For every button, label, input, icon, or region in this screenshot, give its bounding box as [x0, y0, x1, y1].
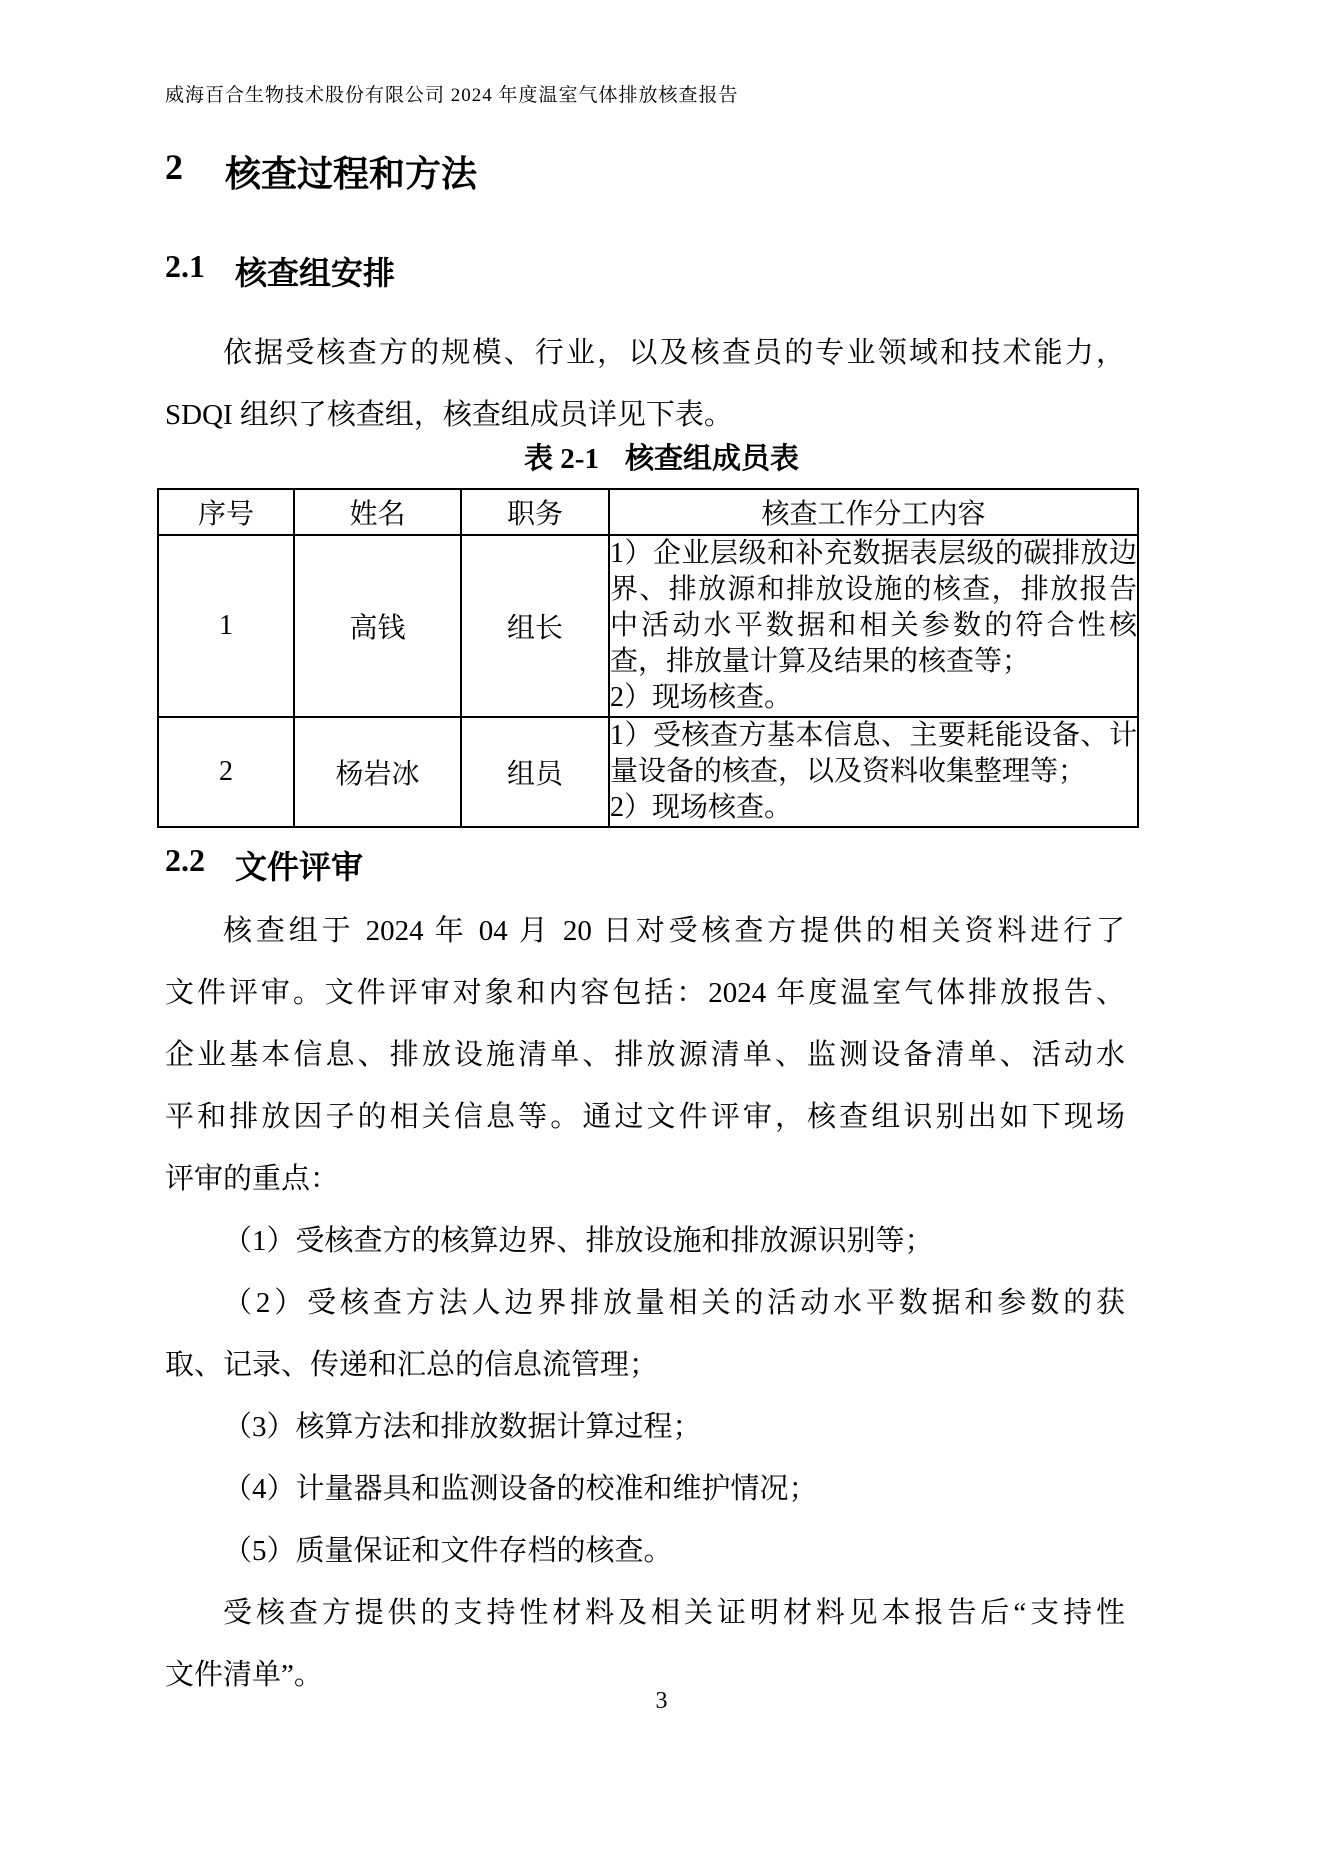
duty-item-2: 2）现场核查。: [610, 790, 1137, 826]
para-line: 核查组于 2024 年 04 月 20 日对受核查方提供的相关资料进行了: [165, 900, 1125, 962]
section-heading-2-1: 2.1 核查组安排: [165, 248, 395, 294]
cell-role: 组长: [461, 535, 609, 717]
para-line: 评审的重点：: [165, 1148, 1125, 1210]
table-caption-label: 表 2-1: [524, 443, 599, 475]
table-caption-title: 核查组成员表: [625, 443, 799, 475]
table-row: 1 高钱 组长 1）企业层级和补充数据表层级的碳排放边界、排放源和排放设施的核查…: [158, 535, 1138, 717]
para-line: 企业基本信息、排放设施清单、排放源清单、监测设备清单、活动水: [165, 1024, 1125, 1086]
col-header-role: 职务: [461, 489, 609, 535]
document-review-section-body: 核查组于 2024 年 04 月 20 日对受核查方提供的相关资料进行了 文件评…: [165, 900, 1125, 1706]
cell-name: 杨岩冰: [294, 717, 461, 827]
duty-item-1: 1）企业层级和补充数据表层级的碳排放边界、排放源和排放设施的核查，排放报告中活动…: [610, 536, 1137, 680]
col-header-no: 序号: [158, 489, 294, 535]
cell-role: 组员: [461, 717, 609, 827]
section-number: 2: [165, 146, 183, 197]
document-page: 威海百合生物技术股份有限公司 2024 年度温室气体排放核查报告 2 核查过程和…: [0, 0, 1323, 1871]
cell-name: 高钱: [294, 535, 461, 717]
cell-no: 1: [158, 535, 294, 717]
list-item-1: （1）受核查方的核算边界、排放设施和排放源识别等；: [165, 1210, 1125, 1272]
cell-duty: 1）受核查方基本信息、主要耗能设备、计量设备的核查，以及资料收集整理等； 2）现…: [609, 717, 1138, 827]
section-heading-2: 2 核查过程和方法: [165, 146, 477, 197]
running-header: 威海百合生物技术股份有限公司 2024 年度温室气体排放核查报告: [165, 80, 1165, 107]
list-item-2: （2）受核查方法人边界排放量相关的活动水平数据和参数的获: [165, 1272, 1125, 1334]
list-item-2-cont: 取、记录、传递和汇总的信息流管理；: [165, 1334, 1125, 1396]
paragraph-team-arrangement: 依据受核查方的规模、行业，以及核查员的专业领域和技术能力， SDQI 组织了核查…: [165, 322, 1125, 446]
list-item-3: （3）核算方法和排放数据计算过程；: [165, 1396, 1125, 1458]
list-item-5: （5）质量保证和文件存档的核查。: [165, 1520, 1125, 1582]
section-number: 2.2: [165, 842, 205, 888]
verification-team-table-wrap: 序号 姓名 职务 核查工作分工内容 1 高钱 组长 1）企业层级和补充数据表层级…: [157, 488, 1137, 828]
cell-no: 2: [158, 717, 294, 827]
duty-item-1: 1）受核查方基本信息、主要耗能设备、计量设备的核查，以及资料收集整理等；: [610, 718, 1137, 790]
duty-item-2: 2）现场核查。: [610, 680, 1137, 716]
section-title: 核查组安排: [235, 248, 395, 294]
table-row: 2 杨岩冰 组员 1）受核查方基本信息、主要耗能设备、计量设备的核查，以及资料收…: [158, 717, 1138, 827]
para-line: 依据受核查方的规模、行业，以及核查员的专业领域和技术能力，: [165, 322, 1125, 384]
col-header-name: 姓名: [294, 489, 461, 535]
list-item-4: （4）计量器具和监测设备的校准和维护情况；: [165, 1458, 1125, 1520]
verification-team-table: 序号 姓名 职务 核查工作分工内容 1 高钱 组长 1）企业层级和补充数据表层级…: [157, 488, 1139, 828]
section-heading-2-2: 2.2 文件评审: [165, 842, 363, 888]
section-number: 2.1: [165, 248, 205, 294]
page-number: 3: [0, 1688, 1323, 1715]
para-line: 文件评审。文件评审对象和内容包括：2024 年度温室气体排放报告、: [165, 962, 1125, 1024]
cell-duty: 1）企业层级和补充数据表层级的碳排放边界、排放源和排放设施的核查，排放报告中活动…: [609, 535, 1138, 717]
table-header-row: 序号 姓名 职务 核查工作分工内容: [158, 489, 1138, 535]
section-title: 文件评审: [235, 842, 363, 888]
table-caption: 表 2-1核查组成员表: [0, 436, 1323, 477]
section-title: 核查过程和方法: [225, 146, 477, 197]
para-line: 平和排放因子的相关信息等。通过文件评审，核查组识别出如下现场: [165, 1086, 1125, 1148]
closing-line: 受核查方提供的支持性材料及相关证明材料见本报告后“支持性: [165, 1582, 1125, 1644]
col-header-duty: 核查工作分工内容: [609, 489, 1138, 535]
